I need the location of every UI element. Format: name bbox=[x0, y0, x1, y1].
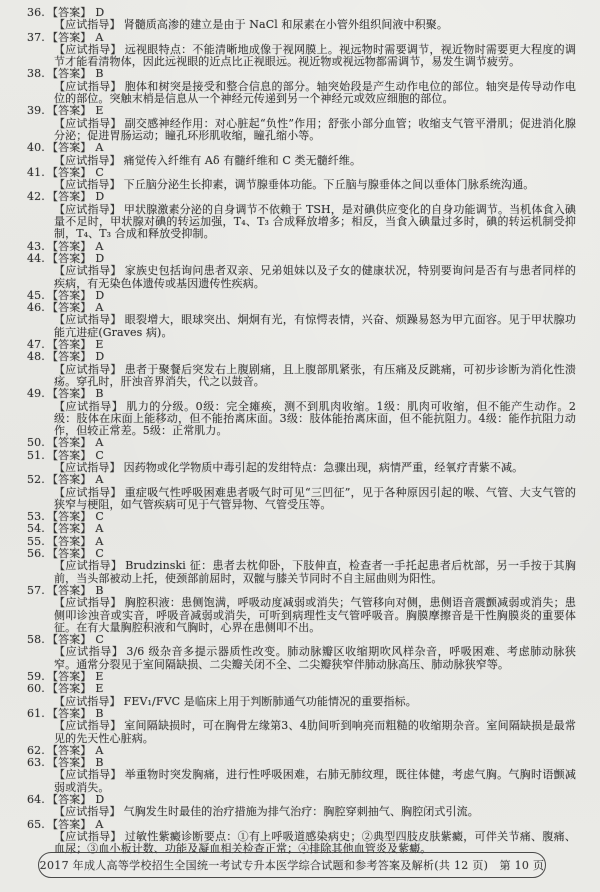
answer-letter: E bbox=[95, 682, 103, 695]
answer-item: 52.【答案】A 【应试指导】重症吸气性呼吸困难患者吸气时可见“三凹征”，见于各… bbox=[27, 474, 576, 511]
answer-item: 53.【答案】C bbox=[27, 511, 576, 523]
answer-label: 【答案】 bbox=[47, 584, 91, 597]
answer-item: 43.【答案】A bbox=[27, 241, 576, 253]
question-number: 39. bbox=[27, 105, 47, 117]
footer-text: 2017 年成人高等学校招生全国统一考试专升本医学综合试题和参考答案及解析(共 … bbox=[40, 857, 545, 873]
guidance-row: 【应试指导】FEV₁/FVC 是临床上用于判断肺通气功能情况的重要指标。 bbox=[54, 696, 576, 708]
answer-letter: A bbox=[95, 818, 103, 831]
answer-letter: A bbox=[95, 141, 103, 154]
question-number: 56. bbox=[27, 548, 47, 560]
guidance-row: 【应试指导】胞体和树突是接受和整合信息的部分。轴突始段是产生动作电位的部位。轴突… bbox=[54, 81, 576, 106]
question-number: 38. bbox=[27, 68, 47, 80]
guidance-text: 室间隔缺损时，可在胸骨左缘第3、4肋间听到响亮而粗糙的收缩期杂音。室间隔缺损是最… bbox=[54, 719, 576, 744]
answer-item: 62.【答案】A bbox=[27, 745, 576, 757]
guidance-row: 【应试指导】下丘脑分泌生长抑素，调节腺垂体功能。下丘脑与腺垂体之间以垂体门脉系统… bbox=[54, 179, 576, 191]
guidance-label: 【应试指导】 bbox=[54, 719, 121, 732]
guidance-label: 【应试指导】 bbox=[54, 695, 121, 708]
answer-label: 【答案】 bbox=[47, 350, 91, 363]
answer-item: 50.【答案】A bbox=[27, 437, 576, 449]
guidance-text: 副交感神经作用：对心脏起“负性”作用；舒张小部分血管；收缩支气管平滑肌；促进消化… bbox=[54, 117, 576, 142]
answer-label: 【答案】 bbox=[47, 522, 91, 535]
answer-label: 【答案】 bbox=[47, 252, 91, 265]
question-number: 36. bbox=[27, 7, 47, 19]
answer-item: 42.【答案】D 【应试指导】甲状腺激素分泌的自身调节不依赖于 TSH，是对碘供… bbox=[27, 191, 576, 240]
answer-item: 41.【答案】C 【应试指导】下丘脑分泌生长抑素，调节腺垂体功能。下丘脑与腺垂体… bbox=[27, 167, 576, 192]
answer-label: 【答案】 bbox=[47, 818, 91, 831]
answer-label: 【答案】 bbox=[47, 682, 91, 695]
guidance-text: 气胸发生时最佳的治疗措施为排气治疗：胸腔穿刺抽气、胸腔闭式引流。 bbox=[124, 805, 479, 818]
guidance-label: 【应试指导】 bbox=[54, 768, 122, 781]
question-number: 37. bbox=[27, 32, 47, 44]
answer-label: 【答案】 bbox=[47, 141, 91, 154]
answer-item: 63.【答案】B 【应试指导】举重物时突发胸痛，进行性呼吸困难，右肺无肺纹理，既… bbox=[27, 757, 576, 794]
answer-item: 56.【答案】C 【应试指导】Brudzinski 征：患者去枕仰卧，下肢伸直，… bbox=[27, 548, 576, 585]
answer-letter: C bbox=[95, 449, 104, 462]
guidance-row: 【应试指导】Brudzinski 征：患者去枕仰卧，下肢伸直，检查者一手托起患者… bbox=[54, 560, 576, 585]
page-footer: 2017 年成人高等学校招生全国统一考试专升本医学综合试题和参考答案及解析(共 … bbox=[38, 852, 546, 878]
answer-letter: B bbox=[95, 584, 103, 597]
guidance-text: 因药物或化学物质中毒引起的发绀特点：急骤出现，病情严重，经氧疗青紫不减。 bbox=[124, 461, 524, 474]
question-number: 57. bbox=[27, 585, 47, 597]
question-number: 40. bbox=[27, 142, 47, 154]
answer-label: 【答案】 bbox=[47, 166, 91, 179]
question-number: 58. bbox=[27, 634, 47, 646]
guidance-label: 【应试指导】 bbox=[54, 264, 122, 277]
guidance-text: 患者于聚餐后突发右上腹剧痛，且上腹部肌紧张，有压痛及反跳痛，可初步诊断为消化性溃… bbox=[54, 363, 576, 388]
answer-letter: E bbox=[95, 104, 103, 117]
answer-letter: A bbox=[95, 31, 103, 44]
answer-letter: A bbox=[95, 240, 103, 253]
guidance-text: 肾髓质高渗的建立是由于 NaCl 和尿素在小管外组织间液中积聚。 bbox=[124, 18, 448, 31]
answer-line: 62.【答案】A bbox=[27, 745, 576, 757]
answer-item: 45.【答案】D bbox=[27, 290, 576, 302]
answer-letter: C bbox=[95, 166, 104, 179]
answer-label: 【答案】 bbox=[47, 31, 91, 44]
guidance-row: 【应试指导】肾髓质高渗的建立是由于 NaCl 和尿素在小管外组织间液中积聚。 bbox=[54, 19, 576, 31]
guidance-label: 【应试指导】 bbox=[54, 154, 121, 167]
guidance-label: 【应试指导】 bbox=[54, 80, 122, 93]
answer-label: 【答案】 bbox=[47, 436, 91, 449]
answer-item: 58.【答案】C 【应试指导】3/6 级杂音多提示器质性改变。肺动脉瓣区收缩期吹… bbox=[27, 634, 576, 671]
answer-item: 49.【答案】B 【应试指导】肌力的分级。0级：完全瘫痪，测不到肌肉收缩。1级：… bbox=[27, 388, 576, 437]
question-number: 46. bbox=[27, 302, 47, 314]
answer-item: 59.【答案】E bbox=[27, 671, 576, 683]
answer-item: 39.【答案】E 【应试指导】副交感神经作用：对心脏起“负性”作用；舒张小部分血… bbox=[27, 105, 576, 142]
guidance-row: 【应试指导】副交感神经作用：对心脏起“负性”作用；舒张小部分血管；收缩支气管平滑… bbox=[54, 118, 576, 143]
guidance-label: 【应试指导】 bbox=[54, 486, 122, 499]
guidance-text: 下丘脑分泌生长抑素，调节腺垂体功能。下丘脑与腺垂体之间以垂体门脉系统沟通。 bbox=[124, 178, 535, 191]
guidance-row: 【应试指导】举重物时突发胸痛，进行性呼吸困难，右肺无肺纹理，既往体健，考虑气胸。… bbox=[54, 769, 576, 794]
answer-label: 【答案】 bbox=[47, 104, 91, 117]
question-number: 54. bbox=[27, 523, 47, 535]
answer-line: 43.【答案】A bbox=[27, 241, 576, 253]
answer-label: 【答案】 bbox=[47, 707, 91, 720]
guidance-row: 【应试指导】气胸发生时最佳的治疗措施为排气治疗：胸腔穿刺抽气、胸腔闭式引流。 bbox=[54, 806, 576, 818]
answer-line: 45.【答案】D bbox=[27, 290, 576, 302]
answer-list: 36.【答案】D 【应试指导】肾髓质高渗的建立是由于 NaCl 和尿素在小管外组… bbox=[27, 7, 576, 855]
guidance-label: 【应试指导】 bbox=[54, 830, 122, 843]
answer-item: 46.【答案】A 【应试指导】眼裂增大，眼球突出、炯炯有光，有惊愕表情，兴奋、烦… bbox=[27, 302, 576, 339]
guidance-label: 【应试指导】 bbox=[54, 400, 123, 413]
answer-item: 44.【答案】D 【应试指导】家族史包括询问患者双亲、兄弟姐妹以及子女的健康状况… bbox=[27, 253, 576, 290]
question-number: 61. bbox=[27, 708, 47, 720]
answer-line: 47.【答案】E bbox=[27, 339, 576, 351]
answer-item: 47.【答案】E bbox=[27, 339, 576, 351]
answer-label: 【答案】 bbox=[47, 387, 91, 400]
question-number: 52. bbox=[27, 474, 47, 486]
guidance-label: 【应试指导】 bbox=[54, 645, 123, 658]
answer-label: 【答案】 bbox=[47, 473, 91, 486]
guidance-text: 家族史包括询问患者双亲、兄弟姐妹以及子女的健康状况，特别要询问是否有与患者同样的… bbox=[54, 264, 576, 289]
answer-label: 【答案】 bbox=[47, 289, 91, 302]
answer-letter: A bbox=[95, 522, 103, 535]
guidance-text: 痛觉传入纤维有 Aδ 有髓纤维和 C 类无髓纤维。 bbox=[124, 154, 361, 167]
answer-letter: B bbox=[95, 707, 103, 720]
guidance-text: 胞体和树突是接受和整合信息的部分。轴突始段是产生动作电位的部位。轴突是传导动作电… bbox=[54, 80, 576, 105]
question-number: 60. bbox=[27, 683, 47, 695]
answer-item: 37.【答案】A 【应试指导】远视眼特点：不能清晰地成像于视网膜上。视远物时需要… bbox=[27, 32, 576, 69]
answer-letter: A bbox=[95, 744, 103, 757]
guidance-text: 肌力的分级。0级：完全瘫痪，测不到肌肉收缩。1级：肌肉可收缩，但不能产生动作。2… bbox=[54, 400, 576, 438]
scanned-page: 36.【答案】D 【应试指导】肾髓质高渗的建立是由于 NaCl 和尿素在小管外组… bbox=[0, 0, 600, 892]
guidance-row: 【应试指导】患者于聚餐后突发右上腹剧痛，且上腹部肌紧张，有压痛及反跳痛，可初步诊… bbox=[54, 364, 576, 389]
answer-label: 【答案】 bbox=[47, 744, 91, 757]
guidance-text: 重症吸气性呼吸困难患者吸气时可见“三凹征”，见于各种原因引起的喉、气管、大支气管… bbox=[54, 486, 576, 511]
guidance-text: 远视眼特点：不能清晰地成像于视网膜上。视远物时需要调节，视近物时需要更大程度的调… bbox=[54, 43, 576, 68]
guidance-row: 【应试指导】眼裂增大，眼球突出、炯炯有光，有惊愕表情，兴奋、烦躁易怒为甲亢面容。… bbox=[54, 314, 576, 339]
guidance-row: 【应试指导】家族史包括询问患者双亲、兄弟姐妹以及子女的健康状况，特别要询问是否有… bbox=[54, 265, 576, 290]
question-number: 51. bbox=[27, 450, 47, 462]
answer-line: 59.【答案】E bbox=[27, 671, 576, 683]
guidance-row: 【应试指导】远视眼特点：不能清晰地成像于视网膜上。视远物时需要调节，视近物时需要… bbox=[54, 44, 576, 69]
guidance-row: 【应试指导】室间隔缺损时，可在胸骨左缘第3、4肋间听到响亮而粗糙的收缩期杂音。室… bbox=[54, 720, 576, 745]
answer-item: 60.【答案】E 【应试指导】FEV₁/FVC 是临床上用于判断肺通气功能情况的… bbox=[27, 683, 576, 708]
answer-item: 36.【答案】D 【应试指导】肾髓质高渗的建立是由于 NaCl 和尿素在小管外组… bbox=[27, 7, 576, 32]
guidance-row: 【应试指导】肌力的分级。0级：完全瘫痪，测不到肌肉收缩。1级：肌肉可收缩，但不能… bbox=[54, 401, 576, 438]
answer-line: 54.【答案】A bbox=[27, 523, 576, 535]
guidance-label: 【应试指导】 bbox=[54, 117, 122, 130]
answer-item: 65.【答案】A 【应试指导】过敏性紫癜诊断要点：①有上呼吸道感染病史；②典型四… bbox=[27, 819, 576, 856]
question-number: 64. bbox=[27, 794, 47, 806]
answer-item: 64.【答案】D 【应试指导】气胸发生时最佳的治疗措施为排气治疗：胸腔穿刺抽气、… bbox=[27, 794, 576, 819]
guidance-row: 【应试指导】重症吸气性呼吸困难患者吸气时可见“三凹征”，见于各种原因引起的喉、气… bbox=[54, 487, 576, 512]
guidance-label: 【应试指导】 bbox=[54, 43, 122, 56]
guidance-label: 【应试指导】 bbox=[54, 596, 122, 609]
answer-letter: D bbox=[95, 289, 104, 302]
guidance-row: 【应试指导】甲状腺激素分泌的自身调节不依赖于 TSH，是对碘供应变化的自身功能调… bbox=[54, 204, 576, 241]
answer-item: 48.【答案】D 【应试指导】患者于聚餐后突发右上腹剧痛，且上腹部肌紧张，有压痛… bbox=[27, 351, 576, 388]
answer-label: 【答案】 bbox=[47, 67, 91, 80]
answer-label: 【答案】 bbox=[47, 190, 91, 203]
answer-letter: A bbox=[95, 535, 103, 548]
question-number: 49. bbox=[27, 388, 47, 400]
answer-item: 54.【答案】A bbox=[27, 523, 576, 535]
answer-letter: B bbox=[95, 387, 103, 400]
answer-item: 51.【答案】C 【应试指导】因药物或化学物质中毒引起的发绀特点：急骤出现，病情… bbox=[27, 450, 576, 475]
guidance-text: 眼裂增大，眼球突出、炯炯有光，有惊愕表情，兴奋、烦躁易怒为甲亢面容。见于甲状腺功… bbox=[54, 313, 576, 338]
answer-label: 【答案】 bbox=[47, 449, 91, 462]
question-number: 42. bbox=[27, 191, 47, 203]
guidance-row: 【应试指导】3/6 级杂音多提示器质性改变。肺动脉瓣区收缩期吹风样杂音，呼吸困难… bbox=[54, 646, 576, 671]
answer-letter: A bbox=[95, 473, 103, 486]
answer-line: 53.【答案】C bbox=[27, 511, 576, 523]
guidance-row: 【应试指导】因药物或化学物质中毒引起的发绀特点：急骤出现，病情严重，经氧疗青紫不… bbox=[54, 462, 576, 474]
question-number: 44. bbox=[27, 253, 47, 265]
answer-line: 50.【答案】A bbox=[27, 437, 576, 449]
answer-label: 【答案】 bbox=[47, 240, 91, 253]
question-number: 65. bbox=[27, 819, 47, 831]
guidance-text: 举重物时突发胸痛，进行性呼吸困难，右肺无肺纹理，既往体健，考虑气胸。气胸时语颤减… bbox=[54, 768, 576, 793]
question-number: 48. bbox=[27, 351, 47, 363]
guidance-row: 【应试指导】胸腔积液：患侧饱满，呼吸动度减弱或消失；气管移向对侧，患侧语音震颤减… bbox=[54, 597, 576, 634]
guidance-label: 【应试指导】 bbox=[54, 805, 121, 818]
guidance-text: 3/6 级杂音多提示器质性改变。肺动脉瓣区收缩期吹风样杂音，呼吸困难、考虑肺动脉… bbox=[54, 645, 576, 670]
question-number: 41. bbox=[27, 167, 47, 179]
guidance-label: 【应试指导】 bbox=[54, 203, 121, 216]
answer-letter: D bbox=[95, 190, 104, 203]
answer-letter: D bbox=[95, 252, 104, 265]
answer-line: 55.【答案】A bbox=[27, 536, 576, 548]
guidance-label: 【应试指导】 bbox=[54, 363, 122, 376]
answer-letter: D bbox=[95, 350, 104, 363]
guidance-label: 【应试指导】 bbox=[54, 313, 122, 326]
answer-label: 【答案】 bbox=[47, 535, 91, 548]
guidance-text: 胸腔积液：患侧饱满，呼吸动度减弱或消失；气管移向对侧，患侧语音震颤减弱或消失；患… bbox=[54, 596, 576, 634]
guidance-label: 【应试指导】 bbox=[54, 18, 121, 31]
answer-item: 61.【答案】B 【应试指导】室间隔缺损时，可在胸骨左缘第3、4肋间听到响亮而粗… bbox=[27, 708, 576, 745]
answer-item: 40.【答案】A 【应试指导】痛觉传入纤维有 Aδ 有髓纤维和 C 类无髓纤维。 bbox=[27, 142, 576, 167]
question-number: 50. bbox=[27, 437, 47, 449]
answer-letter: B bbox=[95, 67, 103, 80]
guidance-label: 【应试指导】 bbox=[54, 559, 122, 572]
answer-item: 57.【答案】B 【应试指导】胸腔积液：患侧饱满，呼吸动度减弱或消失；气管移向对… bbox=[27, 585, 576, 634]
guidance-row: 【应试指导】痛觉传入纤维有 Aδ 有髓纤维和 C 类无髓纤维。 bbox=[54, 155, 576, 167]
question-number: 63. bbox=[27, 757, 47, 769]
answer-item: 38.【答案】B 【应试指导】胞体和树突是接受和整合信息的部分。轴突始段是产生动… bbox=[27, 68, 576, 105]
guidance-text: 甲状腺激素分泌的自身调节不依赖于 TSH，是对碘供应变化的自身功能调节。当机体食… bbox=[54, 203, 576, 241]
answer-item: 55.【答案】A bbox=[27, 536, 576, 548]
answer-letter: A bbox=[95, 436, 103, 449]
guidance-text: Brudzinski 征：患者去枕仰卧，下肢伸直，检查者一手托起患者后枕部，另一… bbox=[54, 559, 576, 584]
guidance-text: FEV₁/FVC 是临床上用于判断肺通气功能情况的重要指标。 bbox=[124, 695, 417, 708]
